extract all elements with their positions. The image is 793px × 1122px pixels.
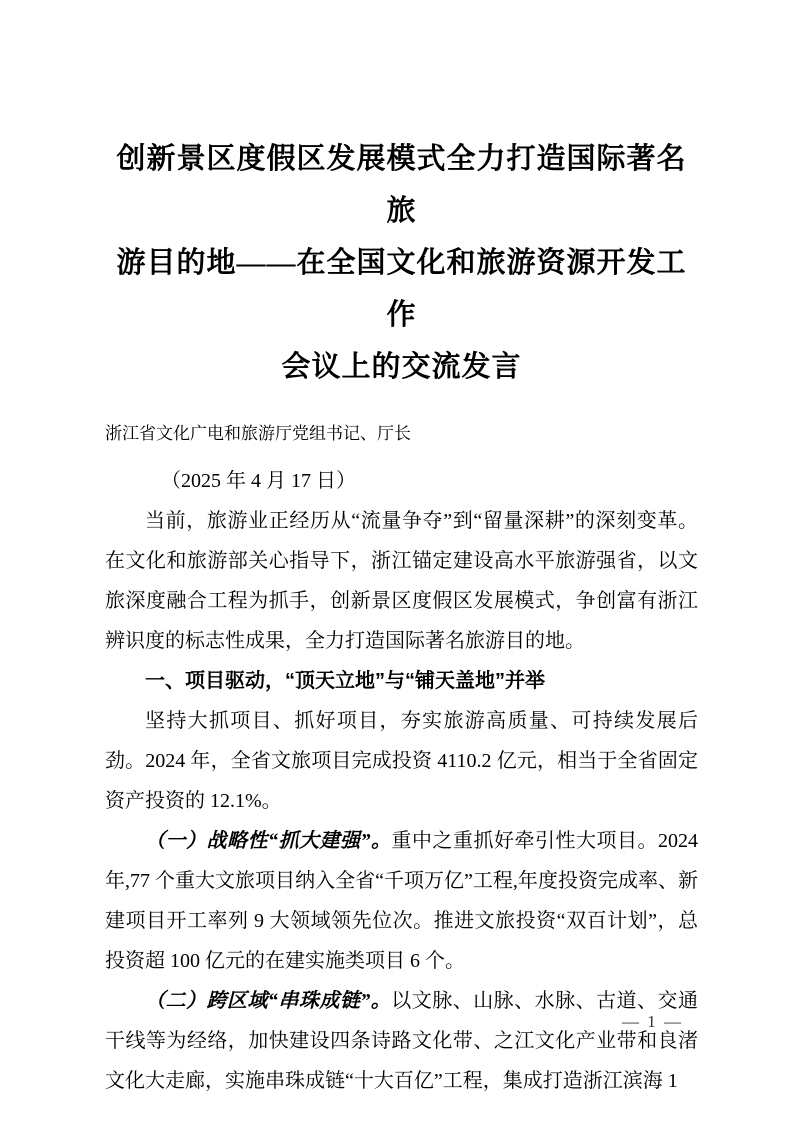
paragraph-subsection-1: （一）战略性“抓大建强”。重中之重抓好牵引性大项目。2024 年,77 个重大文… (105, 821, 698, 981)
paragraph-intro: 当前，旅游业正经历从“流量争夺”到“留量深耕”的深刻变革。在文化和旅游部关心指导… (105, 501, 698, 661)
paragraph-section-1-intro: 坚持大抓项目、抓好项目，夯实旅游高质量、可持续发展后劲。2024 年，全省文旅项… (105, 701, 698, 821)
date-line: （2025 年 4 月 17 日） (105, 461, 698, 501)
subsection-2-lead: （二）跨区域“串珠成链”。 (145, 990, 391, 1012)
section-heading-1: 一、项目驱动，“顶天立地”与“铺天盖地”并举 (105, 661, 698, 701)
author-line: 浙江省文化广电和旅游厅党组书记、厅长 (105, 423, 698, 445)
page-number: — 1 — (622, 1012, 683, 1032)
document-title: 创新景区度假区发展模式全力打造国际著名旅 游目的地——在全国文化和旅游资源开发工… (105, 133, 698, 393)
document-title-line-1: 创新景区度假区发展模式全力打造国际著名旅 (105, 133, 698, 237)
document-title-line-3: 会议上的交流发言 (105, 341, 698, 393)
paragraph-subsection-2: （二）跨区域“串珠成链”。以文脉、山脉、水脉、古道、交通干线等为经络，加快建设四… (105, 981, 698, 1101)
document-page: 创新景区度假区发展模式全力打造国际著名旅 游目的地——在全国文化和旅游资源开发工… (0, 0, 793, 1122)
document-title-line-2: 游目的地——在全国文化和旅游资源开发工作 (105, 237, 698, 341)
document-body: 当前，旅游业正经历从“流量争夺”到“留量深耕”的深刻变革。在文化和旅游部关心指导… (105, 501, 698, 1101)
subsection-1-lead: （一）战略性“抓大建强”。 (145, 830, 392, 852)
